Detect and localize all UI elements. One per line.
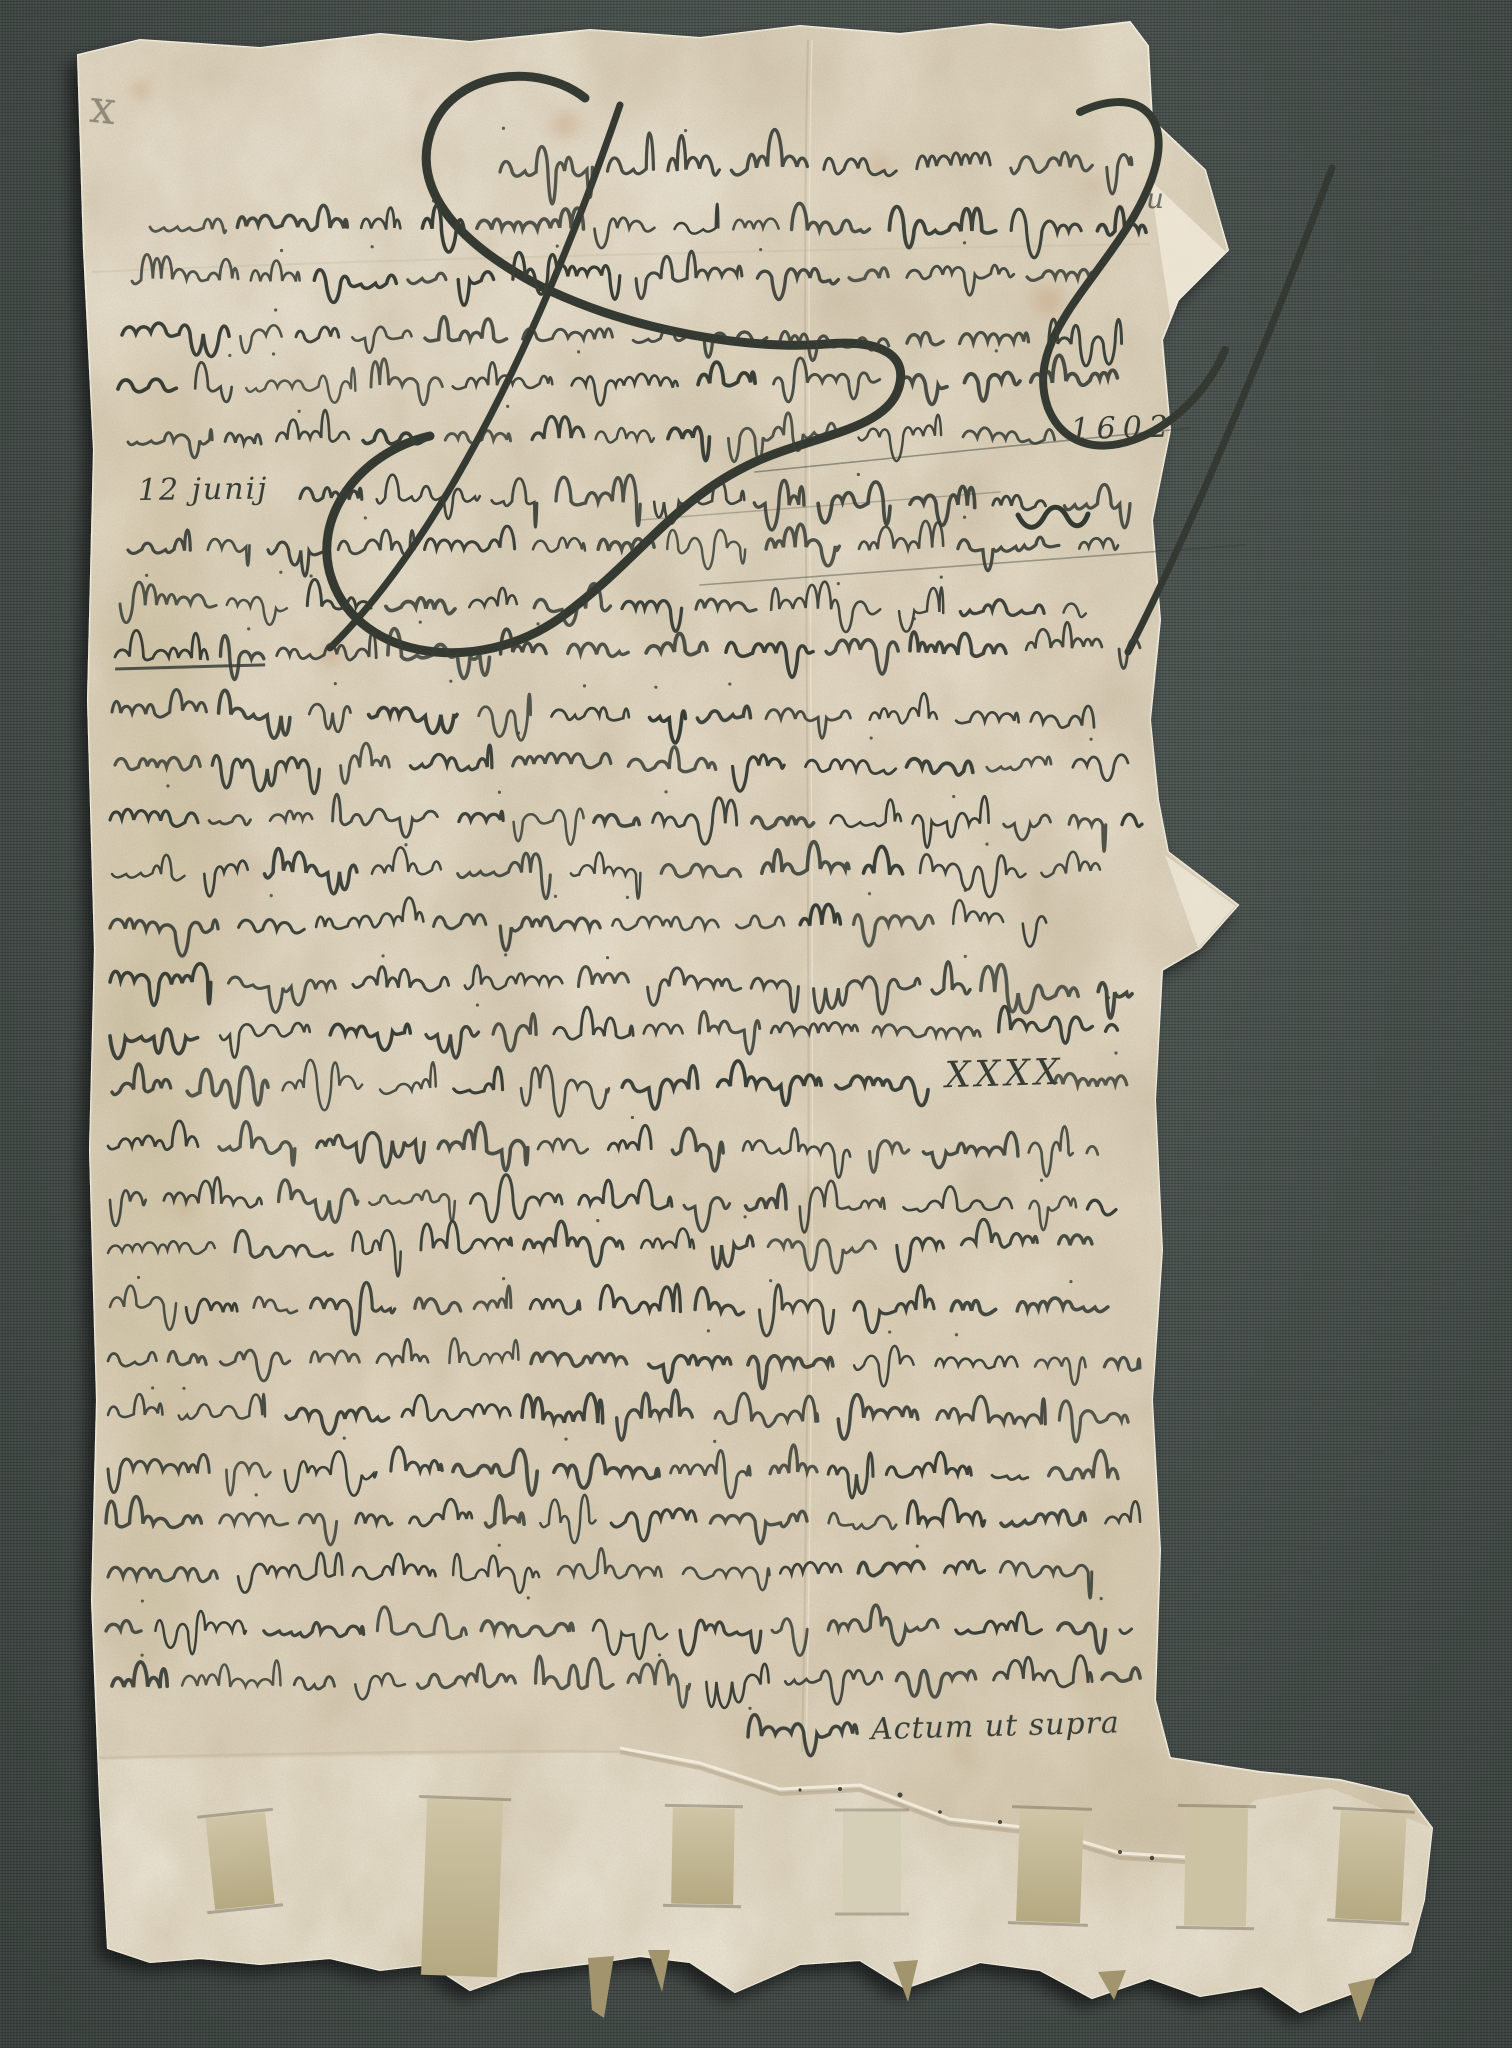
diacritic-dot <box>498 791 501 794</box>
diacritic-dot <box>536 622 539 625</box>
diacritic-dot <box>1069 1280 1072 1283</box>
diacritic-dot <box>577 350 580 353</box>
diacritic-dot <box>419 620 422 623</box>
diacritic-dot <box>343 1436 346 1439</box>
diacritic-dot <box>404 843 407 846</box>
diacritic-dot <box>247 627 250 630</box>
diacritic-dot <box>658 1653 661 1656</box>
diacritic-dot <box>182 1387 185 1390</box>
diacritic-dot <box>1107 996 1110 999</box>
margin-annotation: u <box>1146 182 1164 215</box>
diacritic-dot <box>868 892 871 895</box>
archive-background: 160212 junijXXXXActum ut supra x u Scan … <box>0 0 1512 2048</box>
diacritic-dot <box>952 795 955 798</box>
diacritic-dot <box>554 895 557 898</box>
diacritic-dot <box>298 410 301 413</box>
diacritic-dot <box>963 241 966 244</box>
diacritic-dot <box>432 199 435 202</box>
diacritic-dot <box>476 1003 479 1006</box>
diacritic-dot <box>140 1654 143 1657</box>
seal-tag <box>835 1810 909 1914</box>
diacritic-dot <box>596 1219 599 1222</box>
diacritic-dot <box>1040 1179 1043 1182</box>
diacritic-dot <box>769 1279 772 1282</box>
diacritic-dot <box>145 574 148 577</box>
diacritic-dot <box>743 1215 746 1218</box>
diacritic-dot <box>664 790 667 793</box>
diacritic-dot <box>870 736 873 739</box>
diacritic-dot <box>151 1386 154 1389</box>
diacritic-dot <box>564 1437 567 1440</box>
pencil-x-mark: x <box>87 79 118 135</box>
diacritic-dot <box>684 129 687 132</box>
diacritic-dot <box>606 956 609 959</box>
diacritic-dot <box>228 354 231 357</box>
diacritic-dot <box>141 1599 144 1602</box>
diacritic-dot <box>371 245 374 248</box>
diacritic-dot <box>837 582 840 585</box>
diacritic-dot <box>964 955 967 958</box>
diacritic-dot <box>556 244 559 247</box>
diacritic-dot <box>502 1277 505 1280</box>
diacritic-dot <box>527 1596 530 1599</box>
diacritic-dot <box>940 576 943 579</box>
diacritic-dot <box>913 617 916 620</box>
diacritic-dot <box>888 1330 891 1333</box>
diacritic-dot <box>631 1116 634 1119</box>
diacritic-dot <box>255 1493 258 1496</box>
diacritic-dot <box>504 953 507 956</box>
diacritic-dot <box>857 473 860 476</box>
diacritic-dot <box>1100 1597 1103 1600</box>
diacritic-dot <box>713 1440 716 1443</box>
diacritic-dot <box>280 249 283 252</box>
diacritic-dot <box>916 1545 919 1548</box>
legible-fragment: XXXX <box>942 1052 1065 1097</box>
legible-fragment: 12 junij <box>138 471 269 508</box>
diacritic-dot <box>309 574 312 577</box>
diacritic-dot <box>517 731 520 734</box>
diacritic-dot <box>270 894 273 897</box>
diacritic-dot <box>502 127 505 130</box>
diacritic-dot <box>137 1276 140 1279</box>
diacritic-dot <box>707 1329 710 1332</box>
seal-tag <box>1176 1805 1256 1928</box>
diacritic-dot <box>364 516 367 519</box>
diacritic-dot <box>626 896 629 899</box>
diacritic-dot <box>506 405 509 408</box>
diacritic-dot <box>498 1544 501 1547</box>
seal-tag <box>1327 1808 1415 1924</box>
legible-fragment: Actum ut supra <box>868 1705 1121 1747</box>
diacritic-dot <box>995 349 998 352</box>
diacritic-dot <box>963 516 966 519</box>
diacritic-dot <box>381 954 384 957</box>
manuscript-scan: 160212 junijXXXXActum ut supra <box>0 0 1512 2048</box>
diacritic-dot <box>748 1707 751 1710</box>
diacritic-dot <box>964 889 967 892</box>
legible-fragment: 1602 <box>1070 409 1175 447</box>
diacritic-dot <box>272 352 275 355</box>
diacritic-dot <box>985 843 988 846</box>
seal-tag <box>663 1805 743 1906</box>
seal-tag <box>1008 1807 1092 1926</box>
diacritic-dot <box>1114 1051 1117 1054</box>
diacritic-dot <box>1089 738 1092 741</box>
diacritic-dot <box>279 571 282 574</box>
diacritic-dot <box>166 784 169 787</box>
seal-tag <box>413 1797 511 1978</box>
diacritic-dot <box>759 248 762 251</box>
diacritic-dot <box>955 1333 958 1336</box>
